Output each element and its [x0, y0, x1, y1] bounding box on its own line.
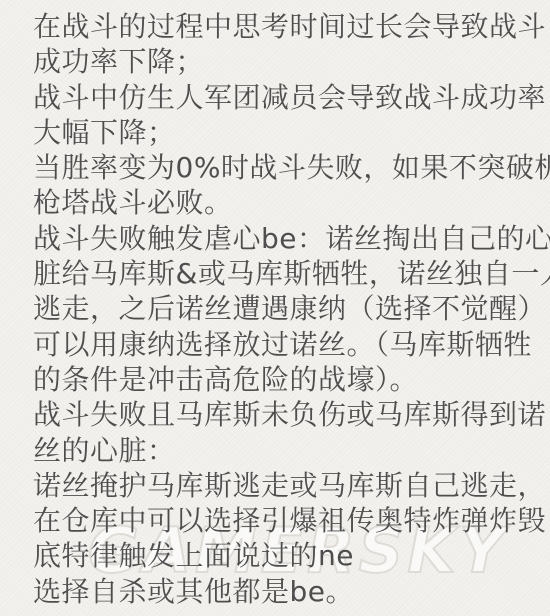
text-line: 枪塔战斗必败。: [33, 185, 536, 220]
text-line: 在战斗的过程中思考时间过长会导致战斗: [33, 9, 536, 44]
text-line: 大幅下降；: [33, 115, 536, 150]
text-line: 底特律触发上面说过的ne: [33, 538, 536, 573]
text-line: 脏给马库斯&或马库斯牺牲，诺丝独自一人: [33, 256, 536, 291]
text-line: 逃走，之后诺丝遭遇康纳（选择不觉醒）: [33, 291, 536, 326]
text-line: 战斗失败触发虐心be：诺丝掏出自己的心: [33, 221, 536, 256]
text-line: 的条件是冲击高危险的战壕）。: [33, 362, 536, 397]
guide-text-page: GAMERSKY 在战斗的过程中思考时间过长会导致战斗 成功率下降； 战斗中仿生…: [0, 0, 550, 616]
text-line: 成功率下降；: [33, 44, 536, 79]
guide-text-block: 在战斗的过程中思考时间过长会导致战斗 成功率下降； 战斗中仿生人军团减员会导致战…: [0, 0, 550, 609]
text-line: 当胜率变为0%时战斗失败，如果不突破机: [33, 150, 536, 185]
text-line: 战斗失败且马库斯未负伤或马库斯得到诺: [33, 397, 536, 432]
text-line: 诺丝掩护马库斯逃走或马库斯自己逃走，: [33, 468, 536, 503]
text-line: 战斗中仿生人军团减员会导致战斗成功率: [33, 80, 536, 115]
text-line: 选择自杀或其他都是be。: [33, 574, 536, 609]
text-line: 丝的心脏：: [33, 433, 536, 468]
text-line: 在仓库中可以选择引爆祖传奥特炸弹炸毁: [33, 503, 536, 538]
text-line: 可以用康纳选择放过诺丝。（马库斯牺牲: [33, 327, 536, 362]
